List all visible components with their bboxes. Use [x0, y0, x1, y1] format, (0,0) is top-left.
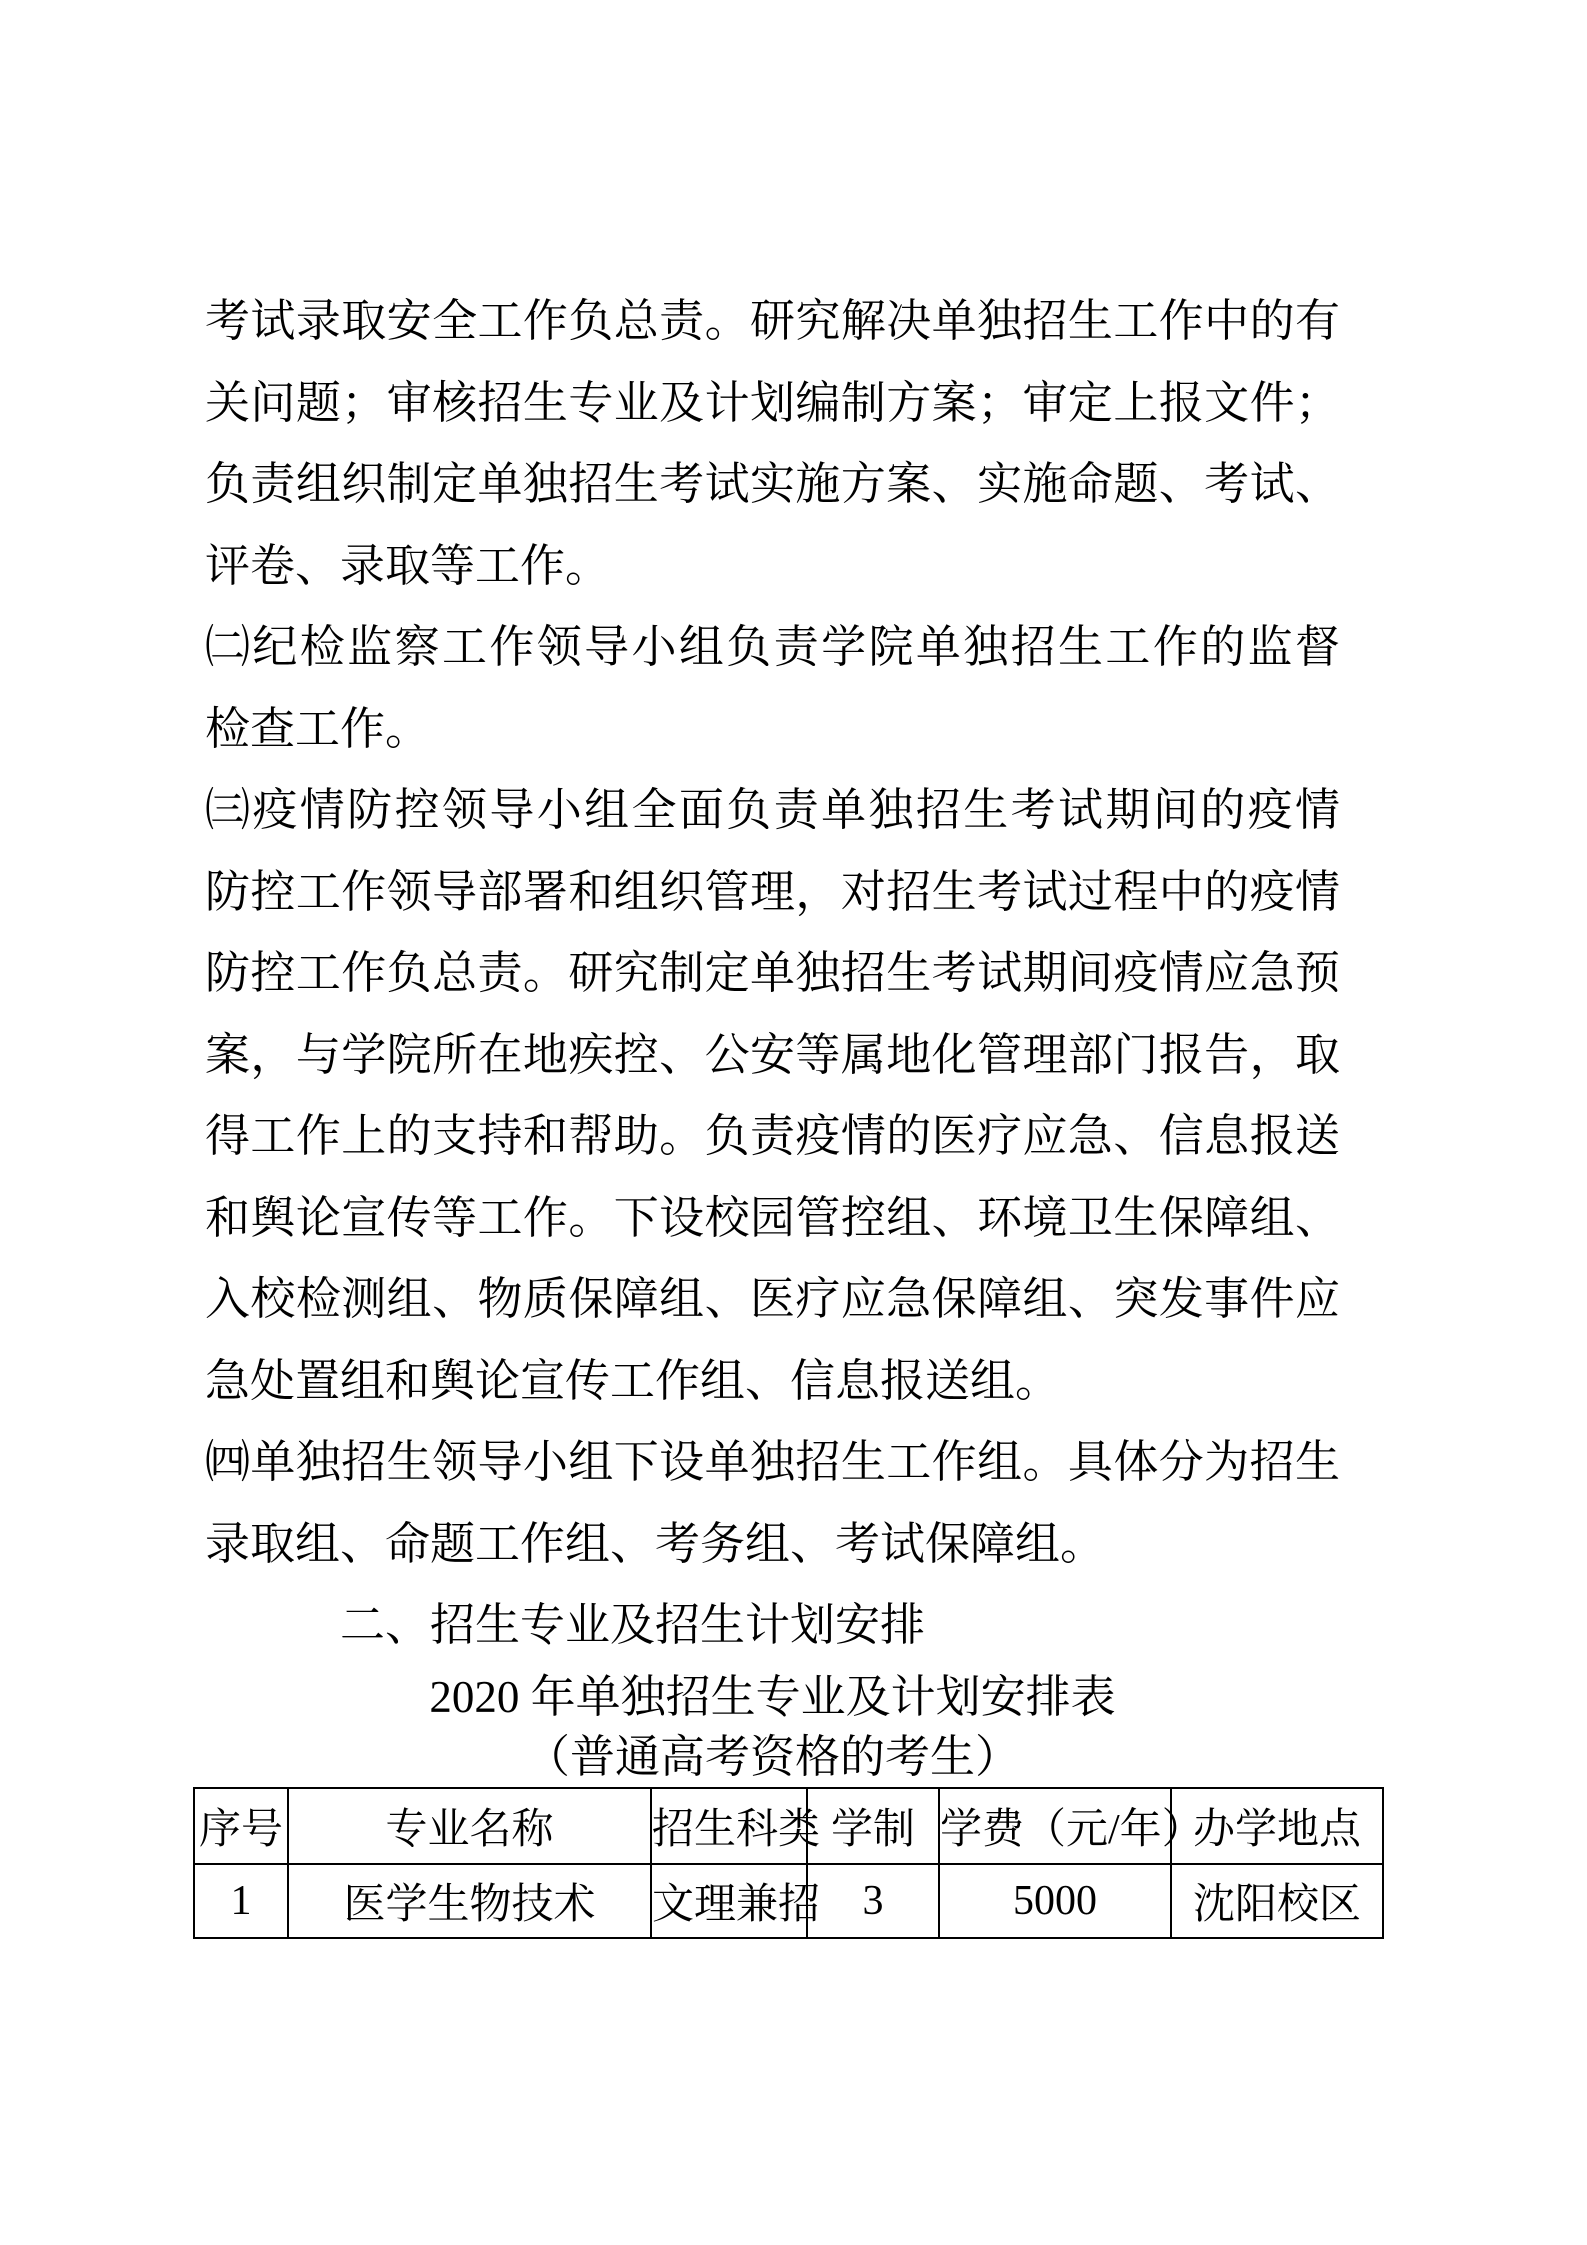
body-line: 入校检测组、物质保障组、医疗应急保障组、突发事件应	[205, 1259, 1340, 1341]
body-line: 负责组织制定单独招生考试实施方案、实施命题、考试、	[205, 444, 1340, 526]
body-line: ㈡纪检监察工作领导小组负责学院单独招生工作的监督	[205, 607, 1340, 689]
body-line: 防控工作负总责。研究制定单独招生考试期间疫情应急预	[205, 933, 1340, 1015]
body-line: ㈢疫情防控领导小组全面负责单独招生考试期间的疫情	[205, 770, 1340, 852]
body-line: 和舆论宣传等工作。下设校园管控组、环境卫生保障组、	[205, 1178, 1340, 1260]
table-body: 1医学生物技术文理兼招35000沈阳校区	[194, 1864, 1383, 1938]
table-header-row: 序号专业名称招生科类学制学费（元/年）办学地点	[194, 1788, 1383, 1864]
body-line: 检查工作。	[205, 689, 1340, 771]
table-cell: 文理兼招	[651, 1864, 807, 1938]
document-page: 考试录取安全工作负总责。研究解决单独招生工作中的有关问题；审核招生专业及计划编制…	[0, 0, 1587, 2245]
table-header-cell: 学费（元/年）	[939, 1788, 1171, 1864]
table-title: 2020 年单独招生专业及计划安排表	[205, 1667, 1340, 1727]
table-subtitle: （普通高考资格的考生）	[205, 1727, 1340, 1787]
table-cell: 5000	[939, 1864, 1171, 1938]
enrollment-plan-table: 序号专业名称招生科类学制学费（元/年）办学地点 1医学生物技术文理兼招35000…	[193, 1787, 1384, 1939]
body-line: 防控工作领导部署和组织管理，对招生考试过程中的疫情	[205, 852, 1340, 934]
table-header-cell: 序号	[194, 1788, 288, 1864]
body-line: 急处置组和舆论宣传工作组、信息报送组。	[205, 1341, 1340, 1423]
body-line: 案，与学院所在地疾控、公安等属地化管理部门报告，取	[205, 1015, 1340, 1097]
table-header-cell: 办学地点	[1171, 1788, 1383, 1864]
section-heading: 二、招生专业及招生计划安排	[340, 1585, 925, 1667]
body-line: 录取组、命题工作组、考务组、考试保障组。	[205, 1504, 1340, 1586]
table-cell: 医学生物技术	[288, 1864, 651, 1938]
table-header-cell: 招生科类	[651, 1788, 807, 1864]
body-line: 得工作上的支持和帮助。负责疫情的医疗应急、信息报送	[205, 1096, 1340, 1178]
body-line: ㈣单独招生领导小组下设单独招生工作组。具体分为招生	[205, 1422, 1340, 1504]
table-header-cell: 学制	[807, 1788, 939, 1864]
table-row: 1医学生物技术文理兼招35000沈阳校区	[194, 1864, 1383, 1938]
table-cell: 1	[194, 1864, 288, 1938]
table-row: 序号专业名称招生科类学制学费（元/年）办学地点	[194, 1788, 1383, 1864]
body-text-block: 考试录取安全工作负总责。研究解决单独招生工作中的有关问题；审核招生专业及计划编制…	[205, 281, 1340, 1585]
body-line: 关问题；审核招生专业及计划编制方案；审定上报文件；	[205, 363, 1340, 445]
body-line: 考试录取安全工作负总责。研究解决单独招生工作中的有	[205, 281, 1340, 363]
table-header-cell: 专业名称	[288, 1788, 651, 1864]
table-cell: 3	[807, 1864, 939, 1938]
body-line: 评卷、录取等工作。	[205, 526, 1340, 608]
table-cell: 沈阳校区	[1171, 1864, 1383, 1938]
